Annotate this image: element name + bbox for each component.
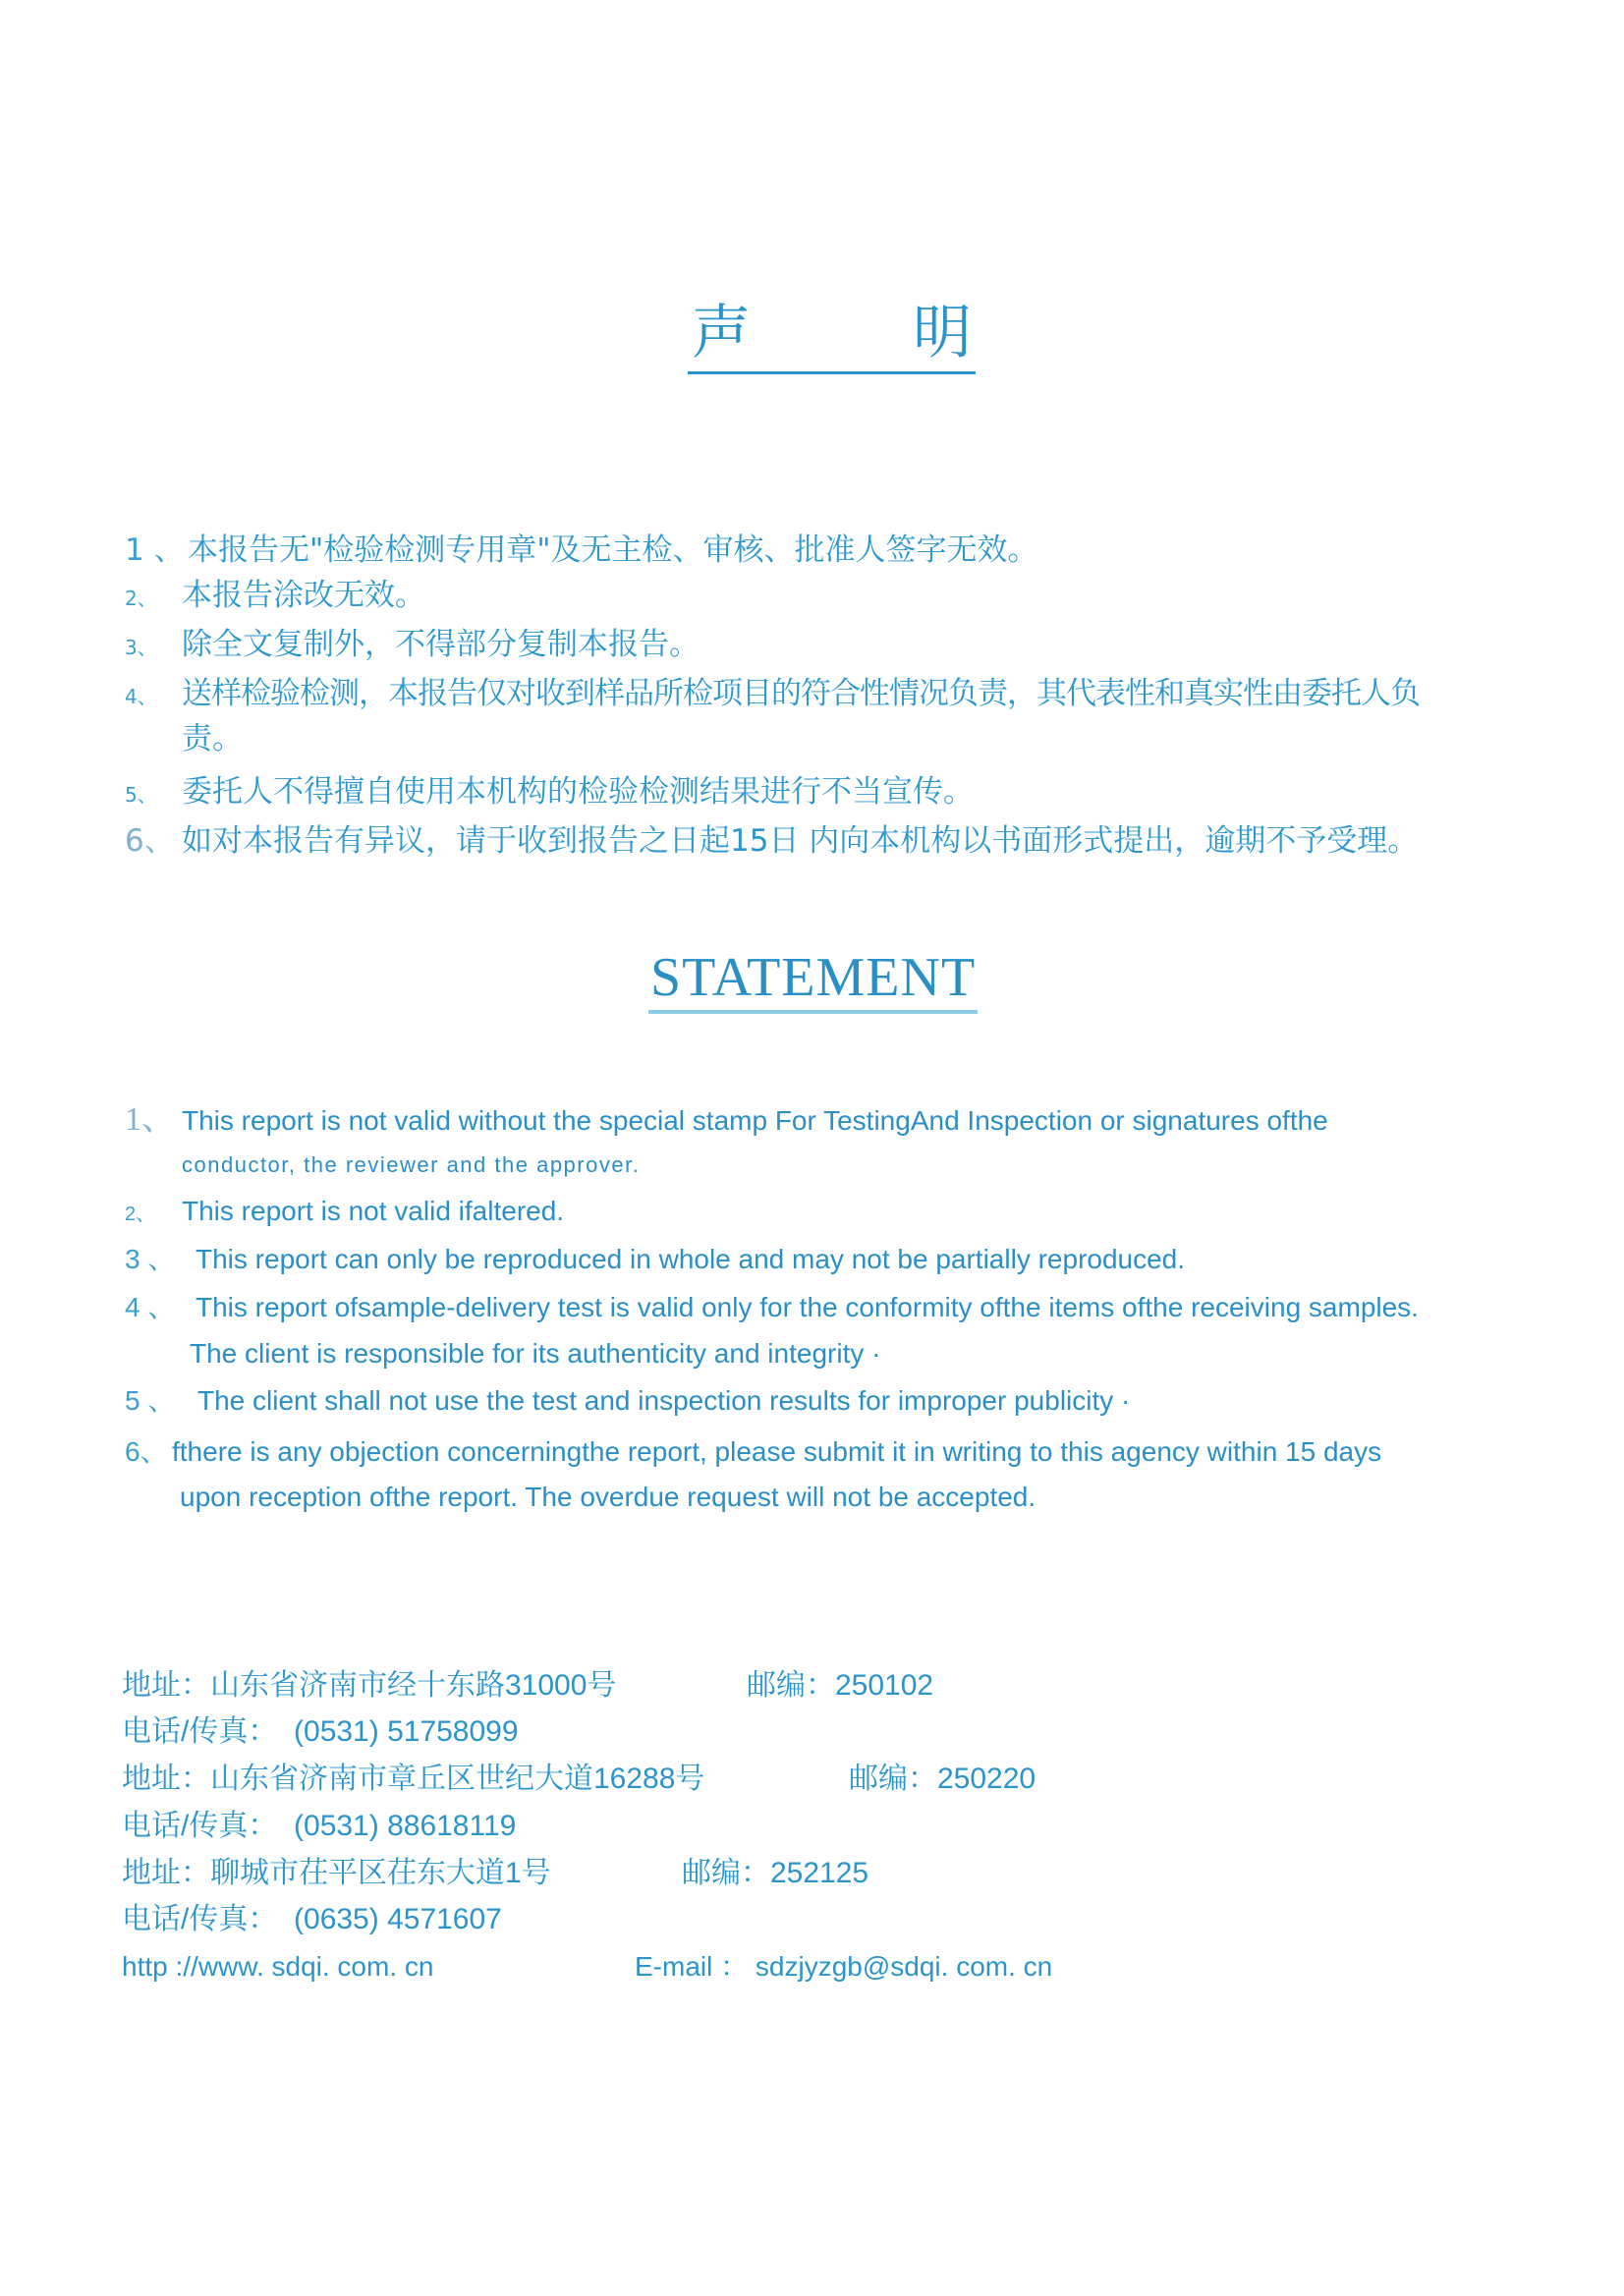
en-item-6-cont: upon reception ofthe report. The overdue… <box>180 1480 1036 1515</box>
item-text: This report is not valid ifaltered. <box>182 1196 564 1226</box>
phone-value: (0531) 51758099 <box>294 1715 519 1748</box>
cn-item-4: 4、送样检验检测，本报告仅对收到样品所检项目的符合性情况负责，其代表性和真实性由… <box>125 674 1420 716</box>
en-item-4-cont: The client is responsible for its authen… <box>190 1336 880 1372</box>
en-item-1: 1、This report is not valid without the s… <box>125 1102 1328 1139</box>
item-text: 本报告涂改无效。 <box>182 578 425 613</box>
postcode-value: 252125 <box>770 1857 868 1889</box>
contact-phone-3: 电话/传真： (0635) 4571607 <box>122 1901 502 1938</box>
address-value: 山东省济南市经十东路31000号 <box>210 1669 616 1702</box>
en-item-1-cont: conductor, the reviewer and the approver… <box>182 1148 640 1183</box>
email-label: E-mail ： <box>635 1951 748 1982</box>
cn-item-6: 6、如对本报告有异议，请于收到报告之日起15日 内向本机构以书面形式提出，逾期不… <box>125 821 1418 861</box>
item-number: 6、 <box>125 821 182 861</box>
cn-item-2: 2、本报告涂改无效。 <box>125 576 425 618</box>
phone-label: 电话/传真： <box>122 1903 277 1935</box>
address-value: 山东省济南市章丘区世纪大道16288号 <box>210 1763 704 1795</box>
email-contact: E-mail ： sdzjyzgb@sdqi. com. cn <box>635 1948 1052 1986</box>
phone-label: 电话/传真： <box>122 1715 277 1748</box>
postcode-label: 邮编： <box>849 1763 937 1795</box>
title-cn-right: 明 <box>913 295 972 371</box>
phone-value: (0531) 88618119 <box>294 1810 516 1842</box>
postcode-label: 邮编： <box>747 1669 835 1702</box>
item-text: 如对本报告有异议，请于收到报告之日起15日 内向本机构以书面形式提出，逾期不予受… <box>182 823 1418 859</box>
postcode-label: 邮编： <box>682 1857 770 1889</box>
page-title-cn: 声 明 <box>688 295 976 374</box>
website-link[interactable]: http ://www. sdqi. com. cn <box>122 1948 433 1986</box>
contact-address-3: 地址：聊城市茌平区茌东大道1号 <box>122 1855 551 1892</box>
page-title-en: STATEMENT <box>648 945 978 1014</box>
item-number: 3 、 <box>125 1242 196 1277</box>
en-item-5: 5 、The client shall not use the test and… <box>125 1383 1130 1419</box>
en-item-2: 2、This report is not valid ifaltered. <box>125 1194 564 1232</box>
contact-phone-2: 电话/传真： (0531) 88618119 <box>122 1808 516 1845</box>
contact-postcode-1: 邮编：250102 <box>747 1667 933 1705</box>
address-label: 地址： <box>122 1669 210 1702</box>
address-label: 地址： <box>122 1857 210 1889</box>
item-number: 5、 <box>125 775 182 814</box>
title-cn-left: 声 <box>692 295 751 371</box>
item-text: 委托人不得擅自使用本机构的检验检测结果进行不当宣传。 <box>182 774 974 810</box>
phone-value: (0635) 4571607 <box>294 1903 502 1935</box>
item-text: fthere is any objection concerningthe re… <box>172 1436 1381 1467</box>
item-number: 5 、 <box>125 1383 197 1419</box>
item-number: 3、 <box>125 628 182 667</box>
item-text: This report is not valid without the spe… <box>182 1105 1328 1136</box>
item-number: 4、 <box>125 677 182 716</box>
address-label: 地址： <box>122 1763 210 1795</box>
item-number: 2、 <box>125 1197 182 1232</box>
item-number: 1 、 <box>125 531 188 570</box>
cn-item-1: 1 、本报告无"检验检测专用章"及无主检、审核、批准人签字无效。 <box>125 531 1038 570</box>
contact-address-2: 地址：山东省济南市章丘区世纪大道16288号 <box>122 1761 704 1798</box>
postcode-value: 250220 <box>937 1763 1036 1795</box>
en-item-4: 4 、This report ofsample-delivery test is… <box>125 1290 1419 1325</box>
item-number: 4 、 <box>125 1290 196 1325</box>
item-text: This report ofsample-delivery test is va… <box>196 1292 1419 1322</box>
cn-item-4-cont: 责。 <box>182 719 243 758</box>
en-item-6: 6、fthere is any objection concerningthe … <box>125 1434 1381 1470</box>
phone-label: 电话/传真： <box>122 1810 277 1842</box>
contact-postcode-2: 邮编：250220 <box>849 1761 1036 1798</box>
cn-item-5: 5、委托人不得擅自使用本机构的检验检测结果进行不当宣传。 <box>125 772 974 814</box>
item-number: 1、 <box>125 1102 182 1138</box>
item-number: 2、 <box>125 579 182 618</box>
contact-address-1: 地址：山东省济南市经十东路31000号 <box>122 1667 616 1705</box>
item-text: The client shall not use the test and in… <box>197 1385 1130 1416</box>
postcode-value: 250102 <box>835 1669 933 1702</box>
cn-item-3: 3、除全文复制外，不得部分复制本报告。 <box>125 625 700 667</box>
item-text: 送样检验检测，本报告仅对收到样品所检项目的符合性情况负责，其代表性和真实性由委托… <box>182 676 1420 711</box>
item-text: 除全文复制外，不得部分复制本报告。 <box>182 627 700 662</box>
address-value: 聊城市茌平区茌东大道1号 <box>210 1857 551 1889</box>
item-number: 6、 <box>125 1434 172 1470</box>
email-link[interactable]: sdzjyzgb@sdqi. com. cn <box>756 1951 1052 1982</box>
item-text: 本报告无"检验检测专用章"及无主检、审核、批准人签字无效。 <box>188 532 1038 568</box>
en-item-3: 3 、This report can only be reproduced in… <box>125 1242 1185 1277</box>
contact-postcode-3: 邮编：252125 <box>682 1855 868 1892</box>
item-text: This report can only be reproduced in wh… <box>196 1244 1185 1274</box>
contact-phone-1: 电话/传真： (0531) 51758099 <box>122 1713 519 1751</box>
